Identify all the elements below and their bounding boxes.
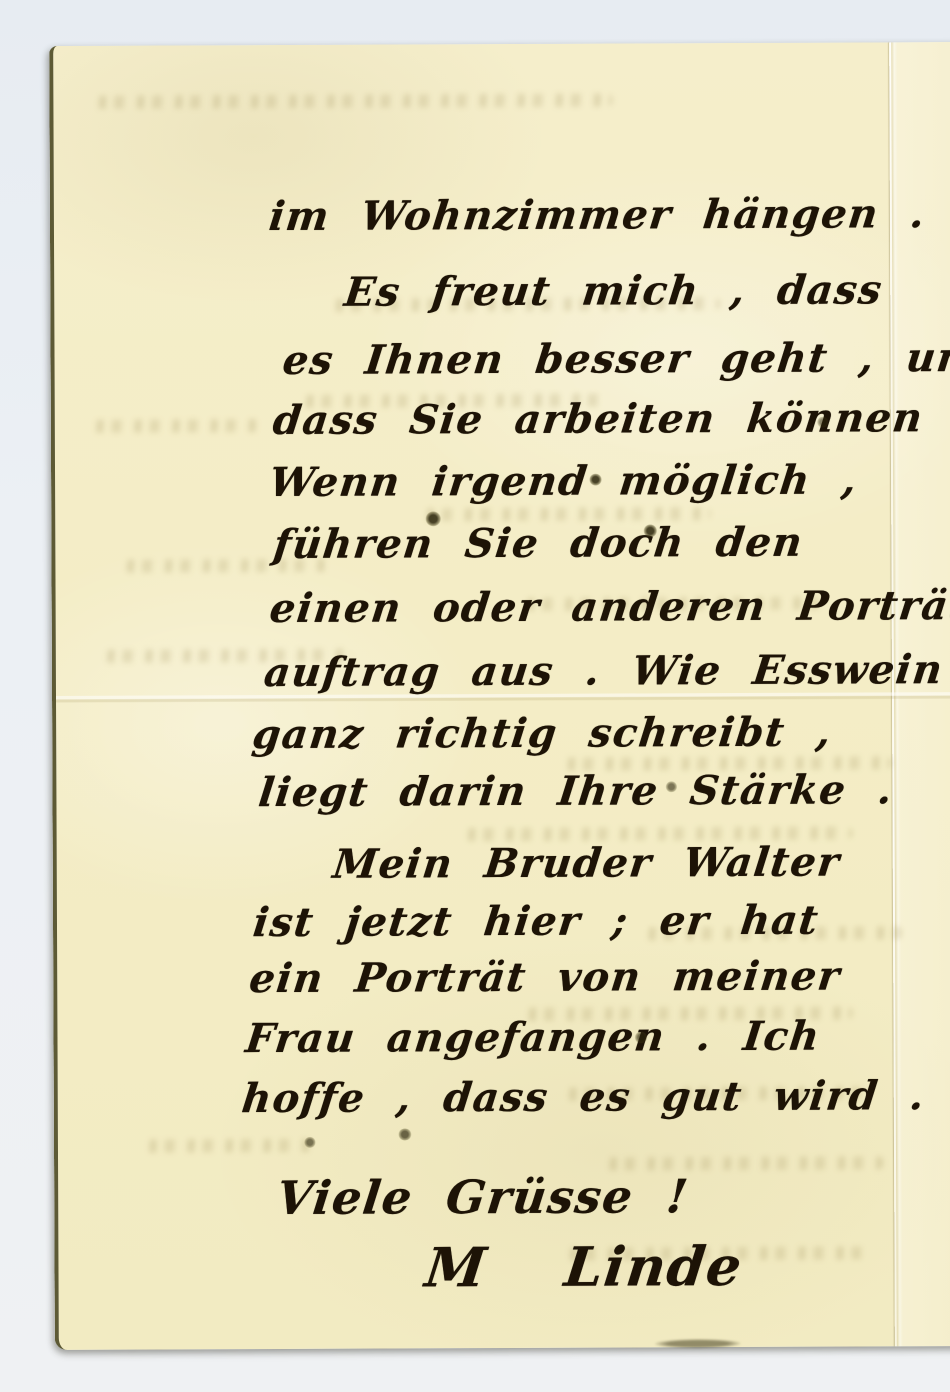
ink-blot xyxy=(589,474,602,486)
letter-line: ganz richtig schreibt , xyxy=(250,713,834,756)
letter-line: im Wohnzimmer hängen . xyxy=(267,194,928,237)
letter-line: Wenn irgend möglich , xyxy=(267,460,860,503)
ink-blot xyxy=(643,524,657,537)
ink-blot xyxy=(665,781,677,792)
signature-initial: M xyxy=(422,1235,491,1299)
letter-closing: Viele Grüsse ! xyxy=(274,1173,691,1221)
letter-line: Mein Bruder Walter xyxy=(331,843,843,885)
edge-stain xyxy=(655,1339,741,1348)
ink-blot xyxy=(817,417,829,428)
letter-line: Frau angefangen . Ich xyxy=(244,1017,823,1060)
letter-line: dass Sie arbeiten können . xyxy=(271,398,950,441)
letter-line: einen oder anderen Porträt_ xyxy=(268,586,950,629)
letter-page: im Wohnzimmer hängen . Es freut mich , d… xyxy=(49,42,950,1350)
signature: MLinde xyxy=(423,1239,746,1294)
letter-line: ein Porträt von meiner xyxy=(247,957,843,1000)
letter-line: liegt darin Ihre Stärke . xyxy=(257,770,896,813)
letter-line: führen Sie doch den xyxy=(271,523,805,565)
bleed-through-text xyxy=(91,419,261,433)
ink-blot xyxy=(425,511,441,526)
letter-line: hoffe , dass es gut wird . xyxy=(240,1076,928,1119)
ink-blot xyxy=(398,1128,412,1140)
bleed-through-text xyxy=(93,94,613,109)
letter-line: es Ihnen besser geht , und xyxy=(281,338,950,381)
scan-background: im Wohnzimmer hängen . Es freut mich , d… xyxy=(0,0,950,1392)
ink-blot xyxy=(304,1137,316,1148)
ink-blot xyxy=(634,1031,647,1043)
letter-line: ist jetzt hier ; er hat xyxy=(251,901,821,943)
letter-line: Es freut mich , dass xyxy=(342,270,885,312)
signature-surname: Linde xyxy=(561,1234,746,1299)
bleed-through-text xyxy=(144,1139,314,1153)
letter-line: auftrag aus . Wie Esswein xyxy=(262,650,946,693)
